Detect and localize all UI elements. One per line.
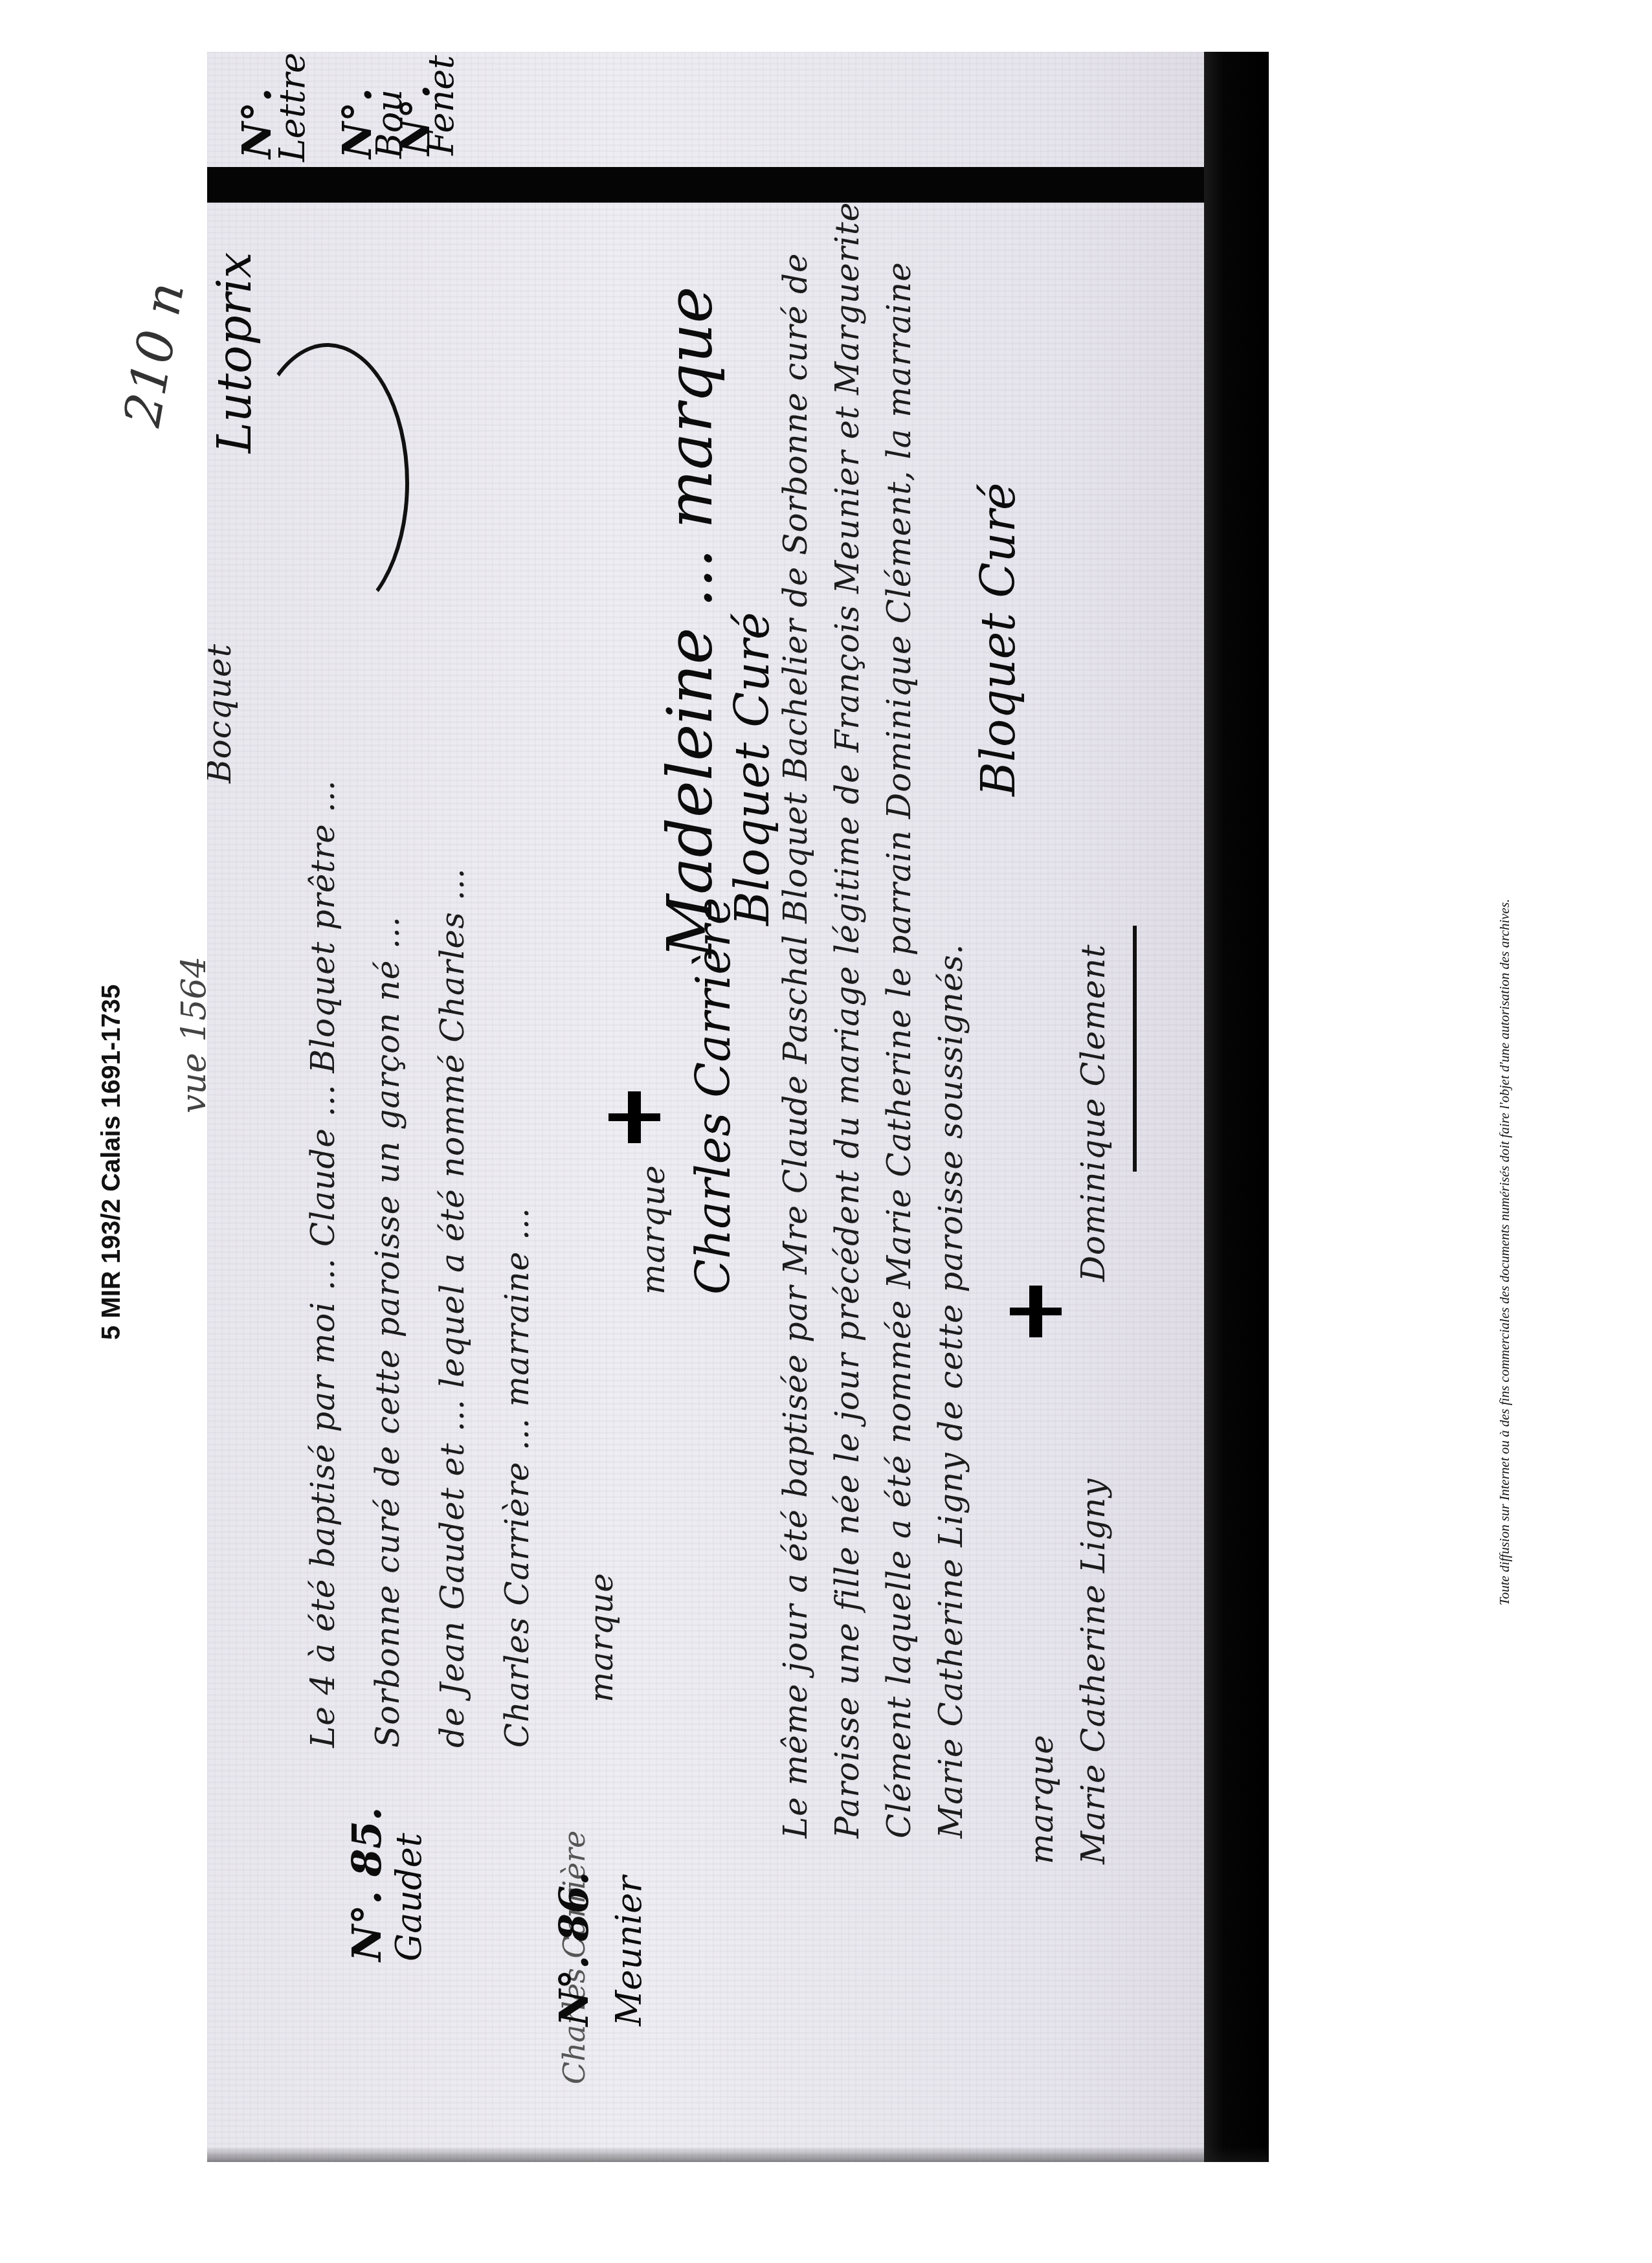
signature: marque bbox=[634, 1165, 672, 1295]
entry-margin-name: Meunier bbox=[608, 1876, 649, 2026]
top-entry-name: Lettre bbox=[272, 52, 313, 162]
signature: Dominique Clement bbox=[1075, 944, 1112, 1282]
folio-number: 210 n bbox=[113, 278, 196, 430]
entry-margin-name: Gaudet bbox=[388, 1833, 429, 1961]
manuscript-scan: N°. Lettre N°. Bou N°. Fenet N°. 85. Gau… bbox=[207, 52, 1269, 2162]
signature: marque bbox=[583, 1572, 620, 1702]
entry-line: de Jean Gaudet et ... lequel a été nommé… bbox=[434, 868, 471, 1748]
flourish bbox=[246, 343, 409, 623]
signature-top-left: Bocquet bbox=[207, 643, 238, 783]
cross-mark bbox=[1010, 1308, 1062, 1315]
top-entry-name: Fenet bbox=[421, 55, 462, 155]
entry-line: Le même jour a été baptisée par Mre Clau… bbox=[777, 252, 814, 1838]
entry-number: N°. 86. bbox=[550, 1871, 597, 2026]
signature: marque bbox=[1023, 1734, 1060, 1864]
entry-number: N°. 85. bbox=[343, 1807, 390, 1961]
signature: Madeleine ... marque bbox=[654, 287, 726, 958]
signature: Bloquet Curé bbox=[971, 482, 1025, 796]
signature-underline bbox=[1133, 926, 1137, 1172]
page-gutter bbox=[207, 167, 1217, 203]
signature: Bloquet Curé bbox=[725, 612, 779, 926]
entry-line: Charles Carrière ... marraine ... bbox=[498, 1207, 536, 1748]
scan-edge-shadow bbox=[207, 2146, 1269, 2162]
entry-line: Clément laquelle a été nommée Marie Cath… bbox=[880, 262, 918, 1838]
entry-line: Paroisse une fille née le jour précédent… bbox=[829, 202, 866, 1838]
archive-reference: 5 MIR 193/2 Calais 1691-1735 bbox=[97, 985, 126, 1340]
signature: Marie Catherine Ligny bbox=[1075, 1478, 1112, 1864]
cross-mark bbox=[608, 1113, 660, 1121]
book-binding-edge bbox=[1204, 52, 1269, 2162]
entry-line: Sorbonne curé de cette paroisse un garço… bbox=[369, 916, 407, 1748]
entry-line: Le 4 à été baptisé par moi ... Claude ..… bbox=[304, 780, 342, 1748]
usage-notice: Toute diffusion sur Internet ou à des fi… bbox=[1497, 899, 1513, 1605]
entry-line: Marie Catherine Ligny de cette paroisse … bbox=[932, 944, 970, 1838]
